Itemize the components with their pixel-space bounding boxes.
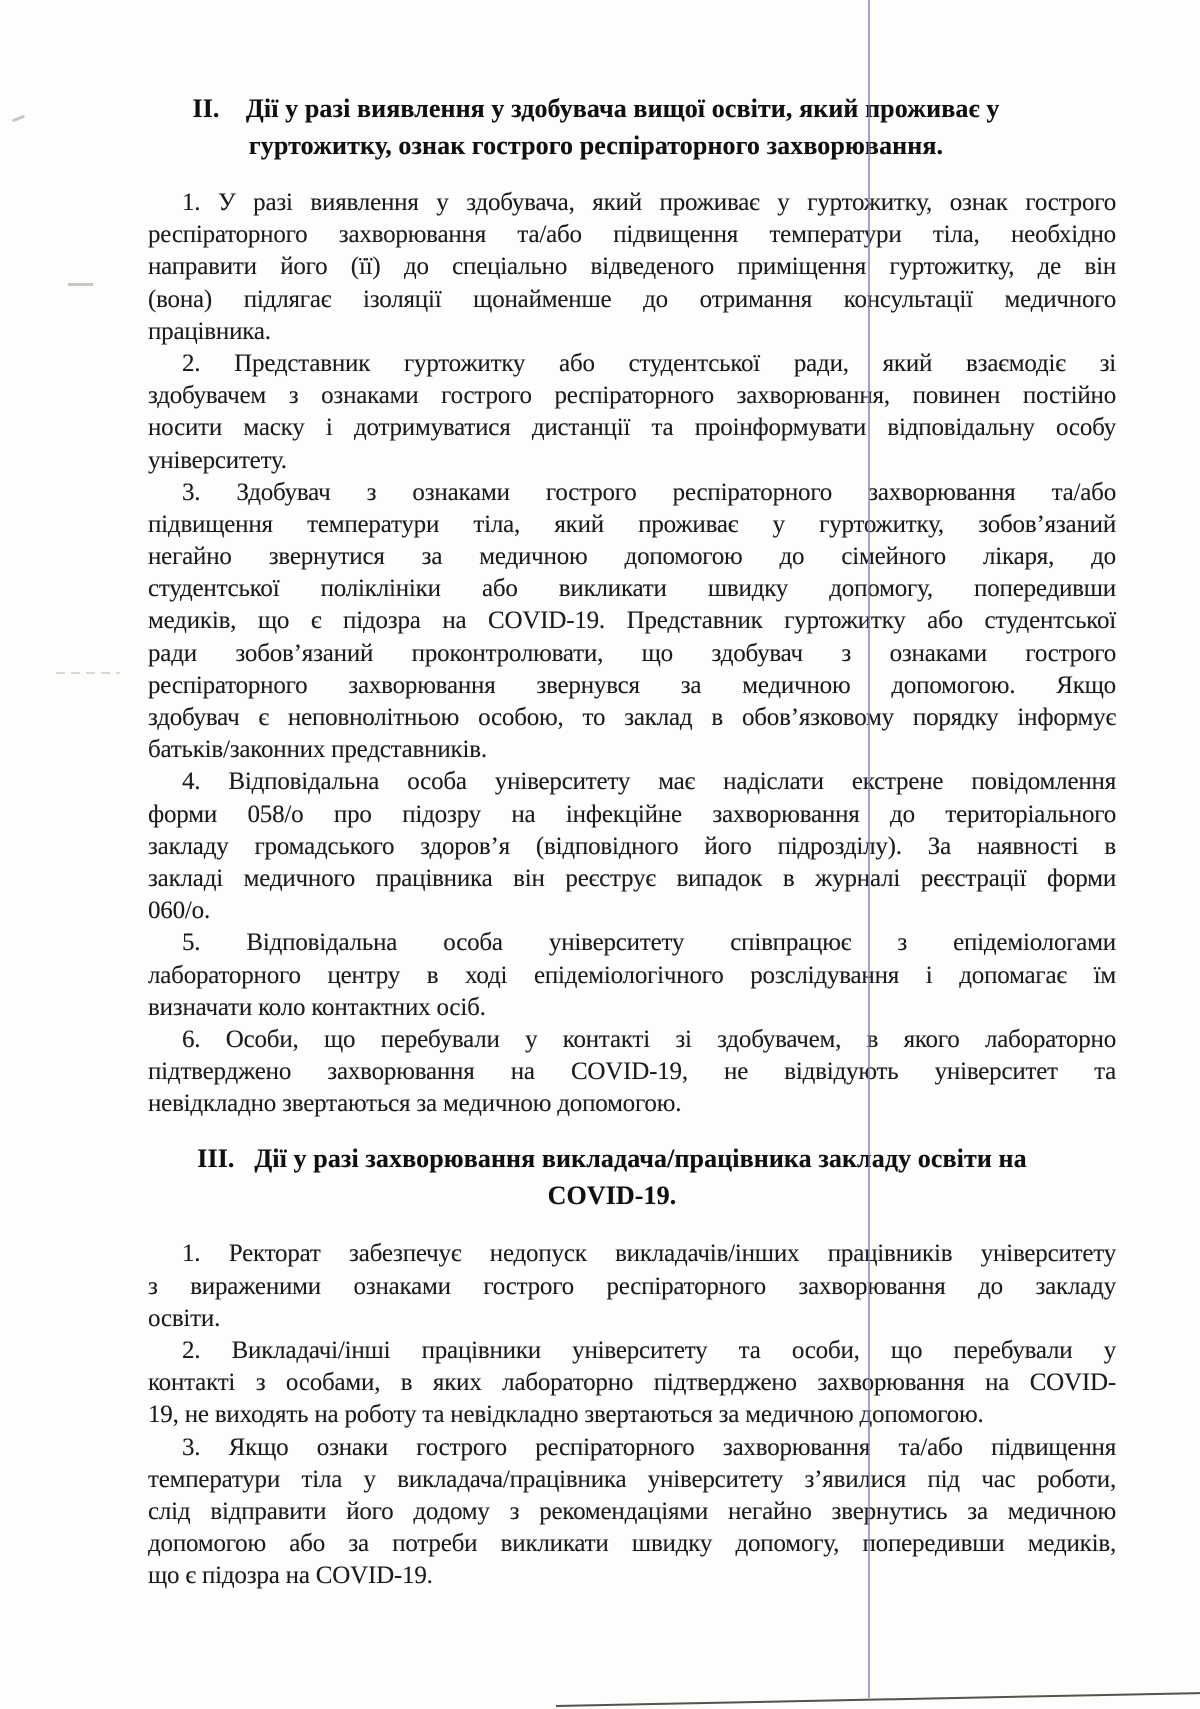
text-line: медиків, що є підозра на COVID-19. Предс… bbox=[148, 605, 1116, 637]
text-line: 3. Здобувач з ознаками гострого респірат… bbox=[148, 477, 1116, 509]
text-line: температури тіла у викладача/працівника … bbox=[148, 1464, 1116, 1496]
text-line: 3. Якщо ознаки гострого респіраторного з… bbox=[148, 1432, 1116, 1464]
text-line: форми 058/о про підозру на інфекційне за… bbox=[148, 799, 1116, 831]
text-line: 060/о. bbox=[148, 895, 1116, 927]
paragraph: 3. Здобувач з ознаками гострого респірат… bbox=[148, 477, 1116, 767]
paragraph: 1. У разі виявлення у здобувача, який пр… bbox=[148, 187, 1116, 348]
scan-smudge-mark bbox=[12, 115, 25, 123]
text-line: підвищення температури тіла, який прожив… bbox=[148, 509, 1116, 541]
document-content: II. Дії у разі виявлення у здобувача вищ… bbox=[148, 90, 1116, 1593]
text-line: здобувачем з ознаками гострого респірато… bbox=[148, 380, 1116, 412]
text-line: негайно звернутися за медичною допомогою… bbox=[148, 541, 1116, 573]
text-line: ради зобов’язаний проконтролювати, що зд… bbox=[148, 638, 1116, 670]
text-line: носити маску і дотримуватися дистанції т… bbox=[148, 412, 1116, 444]
text-line: 4. Відповідальна особа університету має … bbox=[148, 766, 1116, 798]
text-line: респіраторного захворювання та/або підви… bbox=[148, 219, 1116, 251]
text-line: слід відправити його додому з рекомендац… bbox=[148, 1496, 1116, 1528]
text-line: направити його (її) до спеціально відвед… bbox=[148, 251, 1116, 283]
text-line: (вона) підлягає ізоляції щонайменше до о… bbox=[148, 284, 1116, 316]
text-line: контакті з особами, в яких лабораторно п… bbox=[148, 1367, 1116, 1399]
text-line: закладі медичного працівника він реєстру… bbox=[148, 863, 1116, 895]
scanned-document-page: { "page": { "background": "#fdfdfb", "fo… bbox=[0, 0, 1200, 1709]
paragraph: 1. Ректорат забезпечує недопуск викладач… bbox=[148, 1238, 1116, 1335]
scan-dash-mark bbox=[68, 283, 93, 286]
scan-fold-line bbox=[868, 0, 870, 1698]
text-line: визначати коло контактних осіб. bbox=[148, 992, 1116, 1024]
paragraph: 2. Представник гуртожитку або студентськ… bbox=[148, 348, 1116, 477]
text-line: 2. Представник гуртожитку або студентськ… bbox=[148, 348, 1116, 380]
text-line: 2. Викладачі/інші працівники університет… bbox=[148, 1335, 1116, 1367]
text-line: 1. Ректорат забезпечує недопуск викладач… bbox=[148, 1238, 1116, 1270]
paragraph: 2. Викладачі/інші працівники університет… bbox=[148, 1335, 1116, 1432]
paragraph: 3. Якщо ознаки гострого респіраторного з… bbox=[148, 1432, 1116, 1593]
text-line: 5. Відповідальна особа університету спів… bbox=[148, 927, 1116, 959]
text-line: студентської поліклініки або викликати ш… bbox=[148, 573, 1116, 605]
text-line: освіти. bbox=[148, 1303, 1116, 1335]
text-line: 6. Особи, що перебували у контакті зі зд… bbox=[148, 1024, 1116, 1056]
section-III-heading: III. Дії у разі захворювання викладача/п… bbox=[148, 1140, 1076, 1214]
scan-faint-dashes bbox=[56, 672, 120, 674]
heading-line: III. Дії у разі захворювання викладача/п… bbox=[148, 1140, 1076, 1177]
section-II-heading: II. Дії у разі виявлення у здобувача вищ… bbox=[148, 90, 1044, 164]
heading-line: гуртожитку, ознак гострого респіраторног… bbox=[148, 127, 1044, 164]
paragraph: 5. Відповідальна особа університету спів… bbox=[148, 927, 1116, 1024]
text-line: що є підозра на COVID-19. bbox=[148, 1560, 1116, 1592]
text-line: закладу громадського здоров’я (відповідн… bbox=[148, 831, 1116, 863]
paragraph: 6. Особи, що перебували у контакті зі зд… bbox=[148, 1024, 1116, 1121]
heading-line: COVID-19. bbox=[148, 1177, 1076, 1214]
text-line: університету. bbox=[148, 445, 1116, 477]
heading-line: II. Дії у разі виявлення у здобувача вищ… bbox=[148, 90, 1044, 127]
paragraph: 4. Відповідальна особа університету має … bbox=[148, 766, 1116, 927]
text-line: невідкладно звертаються за медичною допо… bbox=[148, 1088, 1116, 1120]
text-line: лабораторного центру в ході епідеміологі… bbox=[148, 960, 1116, 992]
text-line: підтверджено захворювання на COVID-19, н… bbox=[148, 1056, 1116, 1088]
text-line: батьків/законних представників. bbox=[148, 734, 1116, 766]
text-line: респіраторного захворювання звернувся за… bbox=[148, 670, 1116, 702]
text-line: з вираженими ознаками гострого респірато… bbox=[148, 1271, 1116, 1303]
text-line: здобувач є неповнолітньою особою, то зак… bbox=[148, 702, 1116, 734]
text-line: допомогою або за потреби викликати швидк… bbox=[148, 1528, 1116, 1560]
page-bottom-edge-line bbox=[556, 1692, 1200, 1707]
text-line: працівника. bbox=[148, 316, 1116, 348]
text-line: 1. У разі виявлення у здобувача, який пр… bbox=[148, 187, 1116, 219]
text-line: 19, не виходять на роботу та невідкладно… bbox=[148, 1399, 1116, 1431]
